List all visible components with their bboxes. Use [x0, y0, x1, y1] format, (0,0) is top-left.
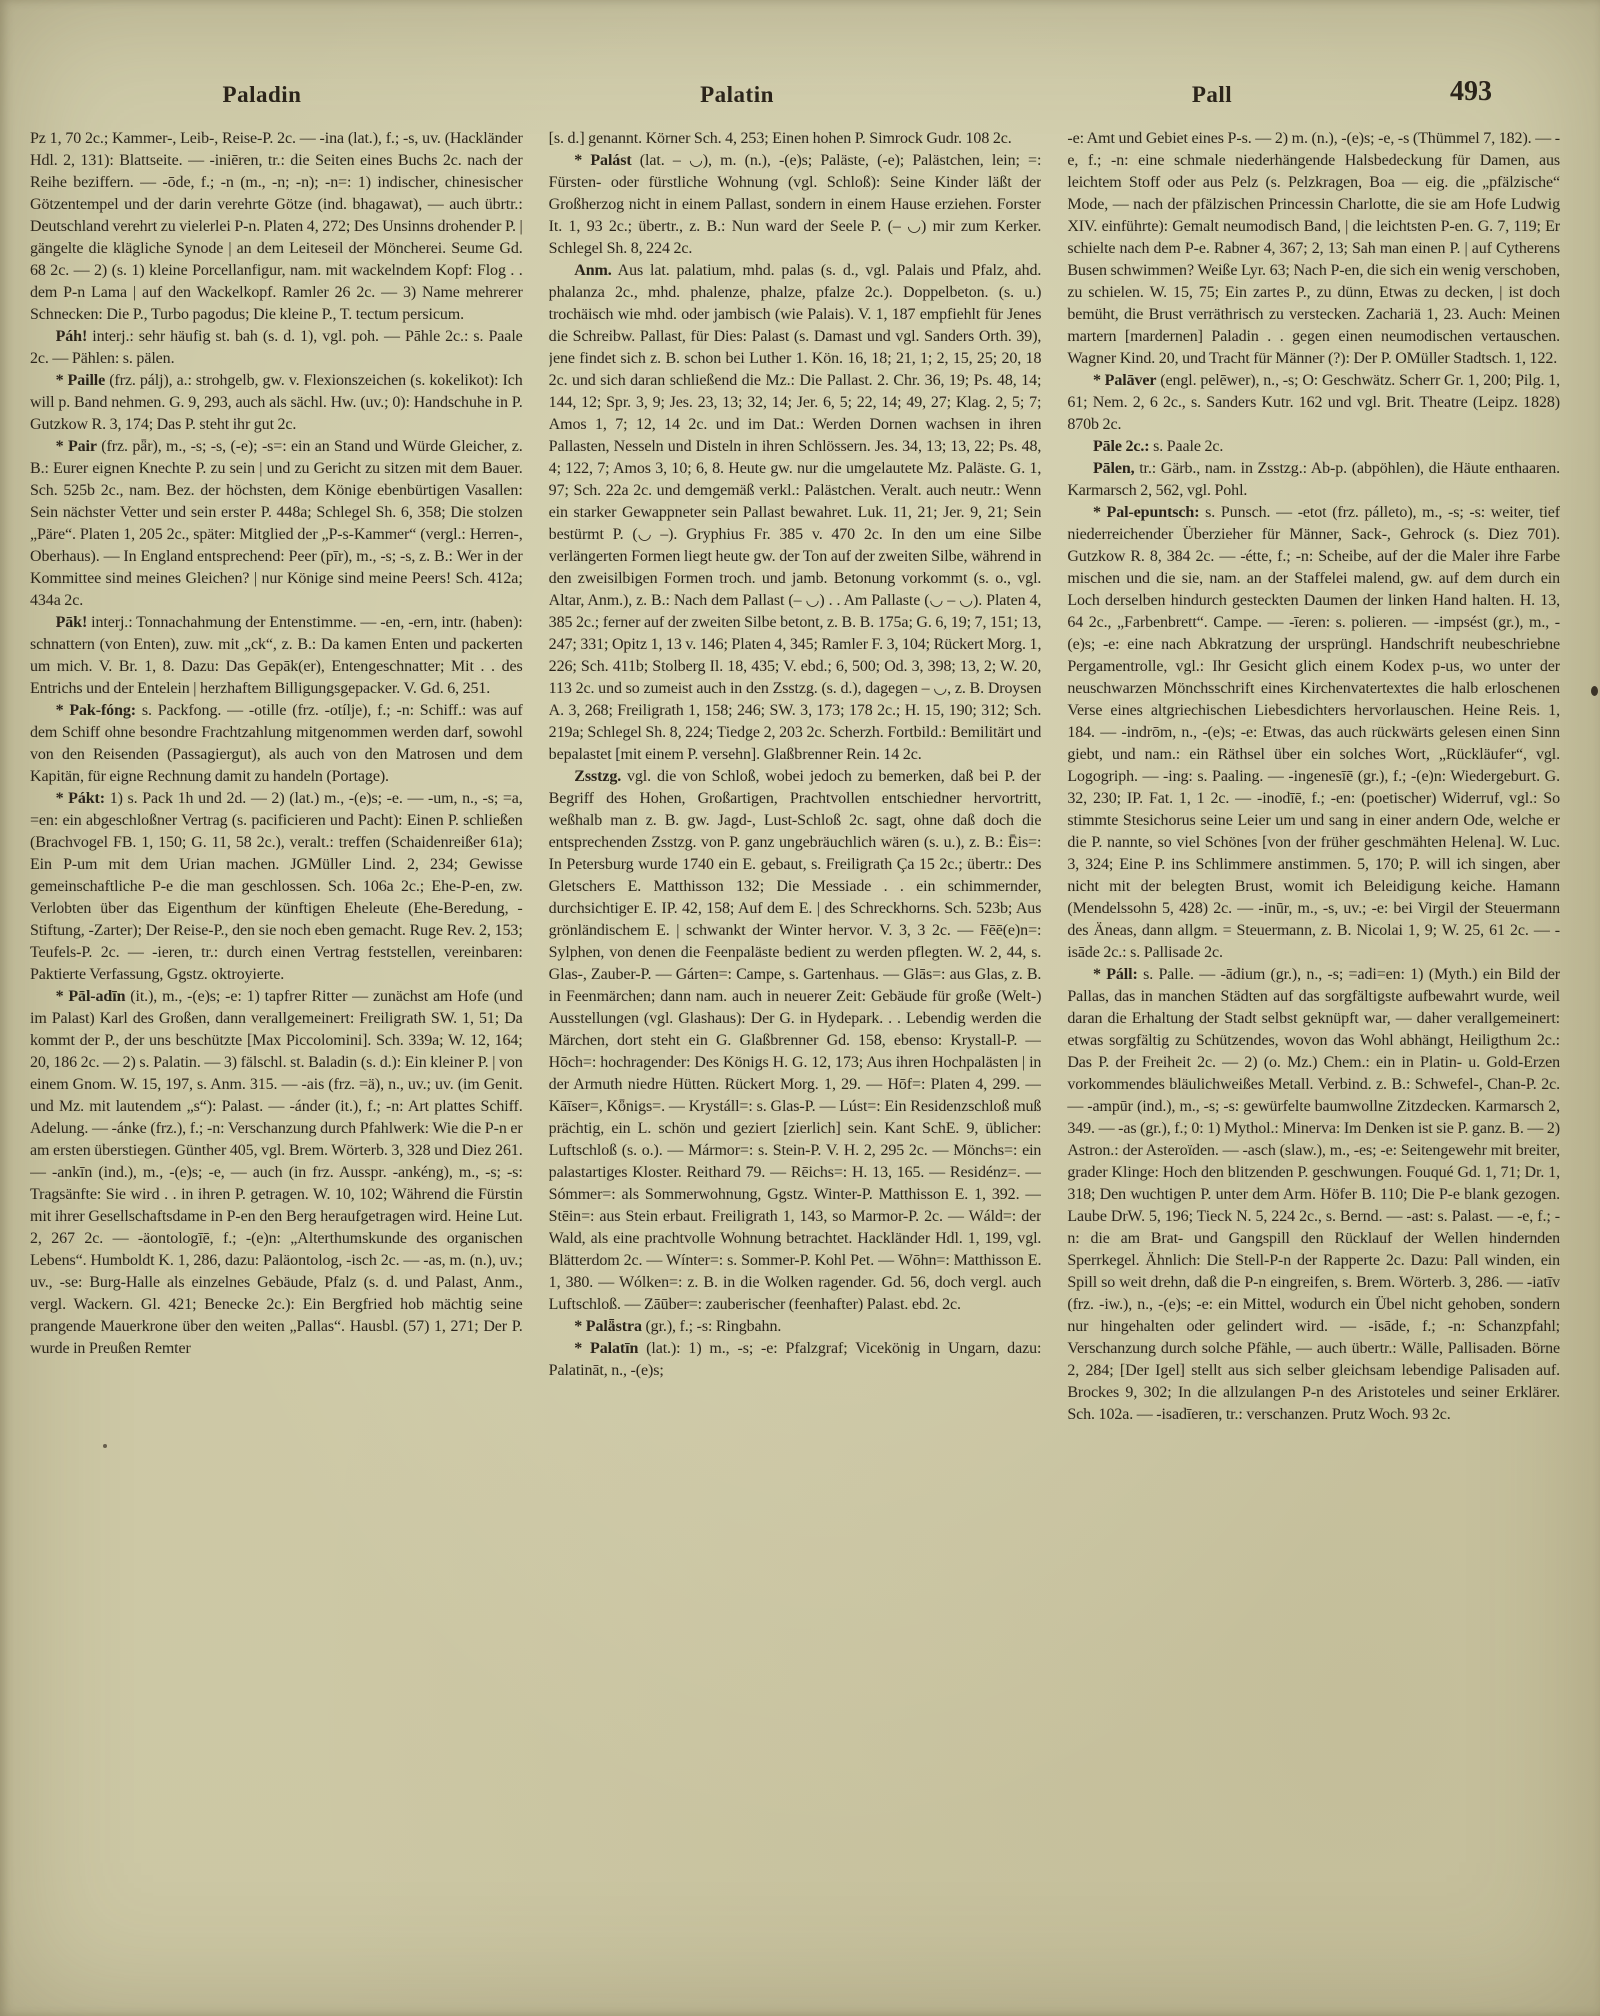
- entry-palatin-continuation: -e: Amt und Gebiet eines P-s. — 2) m. (n…: [1067, 128, 1560, 370]
- dictionary-page: Paladin Palatin Pall 493 Pz 1, 70 2c.; K…: [0, 0, 1600, 2016]
- entry-pakt: * Pákt: 1) s. Pack 1h und 2d. — 2) (lat.…: [30, 788, 523, 986]
- entry-palen: Pālen, tr.: Gärb., nam. in Zsstzg.: Ab-p…: [1067, 458, 1560, 502]
- entry-text: s. Palle. — -ādium (gr.), n., -s; =adi=e…: [1067, 966, 1560, 1423]
- entry-headword: * Palatīn: [574, 1340, 638, 1357]
- entry-pair: * Pair (frz. pǟr), m., -s; -s, (-e); -s=…: [30, 436, 523, 612]
- entry-palas-continuation: [s. d.] genannt. Körner Sch. 4, 253; Ein…: [549, 128, 1042, 150]
- text-columns: Pz 1, 70 2c.; Kammer-, Leib-, Reise-P. 2…: [30, 128, 1560, 1994]
- entry-pakfong: * Pak-fóng: s. Packfong. — -otille (frz.…: [30, 700, 523, 788]
- entry-paille: * Paille (frz. pálj), a.: strohgelb, gw.…: [30, 370, 523, 436]
- entry-paek: Pāk! interj.: Tonnachahmung der Entensti…: [30, 612, 523, 700]
- entry-headword: Pāk!: [56, 614, 88, 631]
- entry-headword: Pāle 2c.:: [1093, 438, 1150, 455]
- entry-text: Aus lat. palatium, mhd. palas (s. d., vg…: [549, 262, 1042, 763]
- page-number: 493: [1450, 76, 1492, 108]
- column-2: [s. d.] genannt. Körner Sch. 4, 253; Ein…: [549, 128, 1042, 1994]
- entry-text: s. Paale 2c.: [1150, 438, 1224, 455]
- entry-text: interj.: Tonnachahmung der Entenstimme. …: [30, 614, 523, 697]
- entry-pale: Pāle 2c.: s. Paale 2c.: [1067, 436, 1560, 458]
- entry-text: vgl. die von Schloß, wobei jedoch zu bem…: [549, 768, 1042, 1313]
- entry-text: Pz 1, 70 2c.; Kammer-, Leib-, Reise-P. 2…: [30, 130, 523, 323]
- entry-text: 1) s. Pack 1h und 2d. — 2) (lat.) m., -(…: [30, 790, 523, 983]
- entry-headword: * Pákt:: [56, 790, 105, 807]
- entry-text: [s. d.] genannt. Körner Sch. 4, 253; Ein…: [549, 130, 1012, 147]
- entry-text: (frz. pǟr), m., -s; -s, (-e); -s=: ein a…: [30, 438, 523, 609]
- entry-headword: Anm.: [574, 262, 611, 279]
- entry-headword: * Palǟstra: [574, 1318, 642, 1335]
- entry-headword: Pālen,: [1093, 460, 1135, 477]
- running-head-right: Pall: [1192, 82, 1232, 108]
- entry-palaestra: * Palǟstra (gr.), f.; -s: Ringbahn.: [549, 1316, 1042, 1338]
- entry-text: tr.: Gärb., nam. in Zsstzg.: Ab-p. (abpö…: [1067, 460, 1560, 499]
- entry-palepuntsch-paletot: * Pal-epuntsch: s. Punsch. — -etot (frz.…: [1067, 502, 1560, 964]
- entry-headword: * Palást: [574, 152, 631, 169]
- entry-text: (it.), m., -(e)s; -e: 1) tapfrer Ritter …: [30, 988, 523, 1357]
- entry-palast: * Palást (lat. – ◡), m. (n.), -(e)s; Pal…: [549, 150, 1042, 260]
- entry-text: (gr.), f.; -s: Ringbahn.: [642, 1318, 781, 1335]
- paper-blemish: [103, 1444, 107, 1448]
- entry-headword: * Palāver: [1093, 372, 1156, 389]
- entry-text: s. Punsch. — -etot (frz. pálleto), m., -…: [1067, 504, 1560, 961]
- entry-headword: * Pāl-adīn: [56, 988, 126, 1005]
- running-head-left: Paladin: [223, 82, 302, 108]
- entry-palatin: * Palatīn (lat.): 1) m., -s; -e: Pfalzgr…: [549, 1338, 1042, 1382]
- entry-palast-anmerkung: Anm. Aus lat. palatium, mhd. palas (s. d…: [549, 260, 1042, 766]
- entry-text: interj.: sehr häufig st. bah (s. d. 1), …: [30, 328, 523, 367]
- entry-headword: * Pak-fóng:: [56, 702, 136, 719]
- entry-headword: * Páll:: [1093, 966, 1138, 983]
- entry-paladin: * Pāl-adīn (it.), m., -(e)s; -e: 1) tapf…: [30, 986, 523, 1360]
- entry-palast-zusammensetzungen: Zsstzg. vgl. die von Schloß, wobei jedoc…: [549, 766, 1042, 1316]
- running-head-center: Palatin: [700, 82, 774, 108]
- entry-paeh: Páh! interj.: sehr häufig st. bah (s. d.…: [30, 326, 523, 370]
- entry-palaver: * Palāver (engl. pelēwer), n., -s; O: Ge…: [1067, 370, 1560, 436]
- entry-pall-palladium: * Páll: s. Palle. — -ādium (gr.), n., -s…: [1067, 964, 1560, 1426]
- paper-blemish: [1591, 686, 1598, 696]
- entry-headword: * Pal-epuntsch:: [1093, 504, 1200, 521]
- entry-headword: * Paille: [56, 372, 106, 389]
- column-1: Pz 1, 70 2c.; Kammer-, Leib-, Reise-P. 2…: [30, 128, 523, 1994]
- column-3: -e: Amt und Gebiet eines P-s. — 2) m. (n…: [1067, 128, 1560, 1994]
- entry-headword: * Pair: [56, 438, 97, 455]
- entry-headword: Páh!: [56, 328, 88, 345]
- entry-headword: Zsstzg.: [574, 768, 621, 785]
- entry-pagode-continuation: Pz 1, 70 2c.; Kammer-, Leib-, Reise-P. 2…: [30, 128, 523, 326]
- entry-text: -e: Amt und Gebiet eines P-s. — 2) m. (n…: [1067, 130, 1560, 367]
